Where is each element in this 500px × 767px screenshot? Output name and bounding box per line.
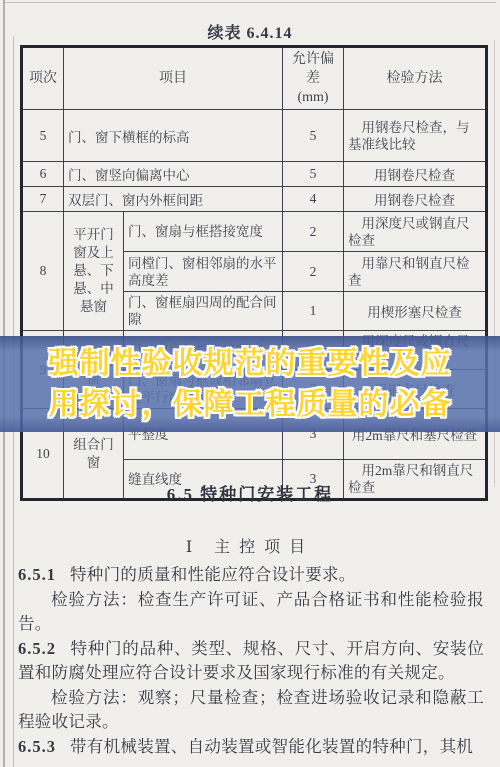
clause-number: 6.5.1 bbox=[18, 565, 56, 584]
cell-item: 门、窗扇与框搭接宽度 bbox=[124, 212, 283, 252]
cell-no: 6 bbox=[22, 162, 64, 187]
cell-method: 用楔形塞尺检查 bbox=[344, 292, 487, 331]
scanned-document-page: 续表 6.4.14 项次 项目 允许偏差 (mm) 检验方法 5 门、窗下横框的… bbox=[0, 0, 500, 767]
cell-deviation: 4 bbox=[283, 187, 344, 212]
cell-no: 8 bbox=[22, 212, 64, 331]
table-row: 7 双层门、窗内外框间距 4 用钢卷尺检查 bbox=[22, 187, 487, 212]
banner-text-line-2: 用探讨，保障工程质量的必备 bbox=[49, 386, 452, 424]
cell-method: 用钢卷尺检查 bbox=[344, 187, 487, 212]
cell-method: 用深度尺或钢直尺检查 bbox=[344, 212, 487, 252]
cell-method: 用钢卷尺检查 bbox=[344, 162, 487, 187]
section-heading: 6.5 特种门安装工程 bbox=[0, 480, 500, 505]
continued-table-title: 续表 6.4.14 bbox=[0, 20, 500, 43]
cell-deviation: 2 bbox=[283, 252, 344, 292]
banner-text-line-1: 强制性验收规范的重要性及应 bbox=[49, 345, 452, 383]
clause-6-5-2-method: 检验方法：观察；尺量检查；检查进场验收记录和隐蔽工程验收记录。 bbox=[18, 686, 484, 735]
cell-deviation: 5 bbox=[283, 162, 344, 187]
cell-deviation: 1 bbox=[283, 292, 344, 331]
cell-no: 5 bbox=[22, 110, 64, 162]
cell-no: 7 bbox=[22, 187, 64, 212]
cell-deviation: 2 bbox=[283, 212, 344, 252]
clause-6-5-1-method: 检验方法：检查生产许可证、产品合格证书和性能检验报告。 bbox=[18, 588, 484, 637]
clause-text-block: 6.5.1特种门的质量和性能应符合设计要求。 检验方法：检查生产许可证、产品合格… bbox=[18, 563, 484, 759]
scan-edge-line bbox=[3, 2, 496, 3]
clause-number: 6.5.2 bbox=[18, 639, 56, 658]
clause-6-5-1: 6.5.1特种门的质量和性能应符合设计要求。 bbox=[18, 563, 484, 588]
header-method: 检验方法 bbox=[344, 47, 487, 110]
cell-item: 双层门、窗内外框间距 bbox=[64, 187, 283, 212]
deviation-table: 项次 项目 允许偏差 (mm) 检验方法 5 门、窗下横框的标高 5 用钢卷尺检… bbox=[20, 45, 488, 501]
clause-6-5-3: 6.5.3带有机械装置、自动装置或智能化装置的特种门，其机 bbox=[18, 735, 484, 760]
cell-item: 门、窗竖向偏离中心 bbox=[64, 162, 283, 187]
cell-method: 用靠尺和钢直尺检查 bbox=[344, 252, 487, 292]
cell-item: 门、窗下横框的标高 bbox=[64, 110, 283, 162]
clause-6-5-2: 6.5.2特种门的品种、类型、规格、尺寸、开启方向、安装位置和防腐处理应符合设计… bbox=[18, 637, 484, 686]
header-item: 项目 bbox=[64, 47, 283, 110]
cell-group: 平开门窗及上悬、下悬、中悬窗 bbox=[64, 212, 124, 331]
cell-method: 用钢卷尺检查，与基准线比较 bbox=[344, 110, 487, 162]
subsection-heading: Ⅰ 主控项目 bbox=[0, 534, 500, 557]
header-item-no: 项次 bbox=[22, 47, 64, 110]
table-row: 5 门、窗下横框的标高 5 用钢卷尺检查，与基准线比较 bbox=[22, 110, 487, 162]
cell-deviation: 5 bbox=[283, 110, 344, 162]
cell-item: 同樘门、窗相邻扇的水平高度差 bbox=[124, 252, 283, 292]
header-deviation: 允许偏差 (mm) bbox=[283, 47, 344, 110]
overlay-text-banner: 强制性验收规范的重要性及应 用探讨，保障工程质量的必备 bbox=[0, 336, 500, 432]
cell-item: 门、窗框扇四周的配合间隙 bbox=[124, 292, 283, 331]
table-row: 8 平开门窗及上悬、下悬、中悬窗 门、窗扇与框搭接宽度 2 用深度尺或钢直尺检查 bbox=[22, 212, 487, 252]
clause-body: 特种门的质量和性能应符合设计要求。 bbox=[70, 565, 356, 584]
clause-body: 带有机械装置、自动装置或智能化装置的特种门，其机 bbox=[70, 737, 473, 756]
clause-body: 特种门的品种、类型、规格、尺寸、开启方向、安装位置和防腐处理应符合设计要求及国家… bbox=[18, 639, 484, 683]
table-header-row: 项次 项目 允许偏差 (mm) 检验方法 bbox=[22, 47, 487, 110]
table-row: 6 门、窗竖向偏离中心 5 用钢卷尺检查 bbox=[22, 162, 487, 187]
clause-number: 6.5.3 bbox=[18, 737, 56, 756]
